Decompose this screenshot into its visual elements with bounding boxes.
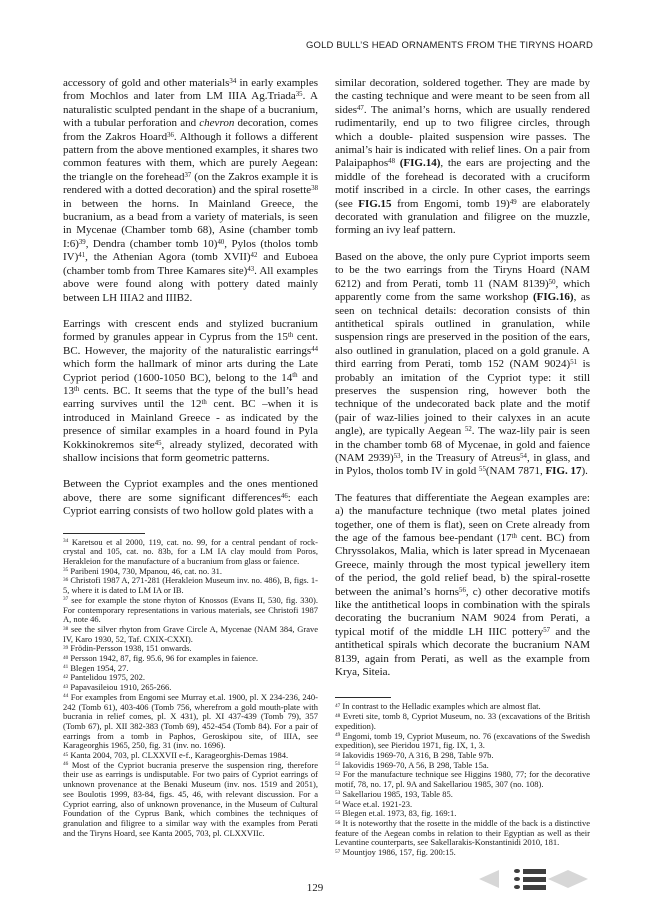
footnote: 48 Evreti site, tomb 8, Cypriot Museum, … bbox=[335, 712, 590, 731]
next-page-triangle-icon[interactable] bbox=[568, 870, 588, 888]
column-left: accessory of gold and other materials34 … bbox=[63, 77, 318, 858]
toc-dot-icon bbox=[514, 869, 520, 874]
toc-row bbox=[514, 877, 546, 882]
footnote: 36 Christofi 1987 A, 271-281 (Herakleion… bbox=[63, 576, 318, 595]
footnote: 37 see for example the stone rhyton of K… bbox=[63, 596, 318, 625]
footnote: 38 see the silver rhyton from Grave Circ… bbox=[63, 625, 318, 644]
footnote: 56 It is noteworthy that the rosette in … bbox=[335, 819, 590, 848]
toc-bar-icon bbox=[523, 877, 546, 882]
footnote: 49 Engomi, tomb 19, Cypriot Museum, no. … bbox=[335, 732, 590, 751]
paragraph: accessory of gold and other materials34 … bbox=[63, 77, 318, 305]
footnote: 46 Most of the Cypriot bucrania preserve… bbox=[63, 761, 318, 839]
toc-dot-icon bbox=[514, 885, 520, 890]
toc-row bbox=[514, 885, 546, 890]
footnote: 52 For the manufacture technique see Hig… bbox=[335, 770, 590, 789]
prev-page-triangle-icon[interactable] bbox=[548, 870, 568, 888]
paragraph: similar decoration, soldered together. T… bbox=[335, 77, 590, 238]
back-triangle-icon[interactable] bbox=[479, 870, 499, 888]
toc-row bbox=[514, 869, 546, 874]
text-columns: accessory of gold and other materials34 … bbox=[63, 77, 590, 858]
footnote-separator-right bbox=[335, 697, 391, 698]
running-head: GOLD BULL’S HEAD ORNAMENTS FROM THE TIRY… bbox=[306, 40, 593, 51]
footnote: 57 Mountjoy 1986, 157, fig. 200:15. bbox=[335, 848, 590, 858]
toc-dot-icon bbox=[514, 877, 520, 882]
column-left-body: accessory of gold and other materials34 … bbox=[63, 77, 318, 519]
column-right-footnotes: 47 In contrast to the Helladic examples … bbox=[335, 702, 590, 857]
footnote: 34 Karetsou et al 2000, 119, cat. no. 99… bbox=[63, 538, 318, 567]
toc-bar-icon bbox=[523, 869, 546, 874]
paragraph: Between the Cypriot examples and the one… bbox=[63, 478, 318, 518]
page-number: 129 bbox=[280, 882, 350, 894]
paper-page: GOLD BULL’S HEAD ORNAMENTS FROM THE TIRY… bbox=[0, 0, 650, 920]
toc-list-icon[interactable] bbox=[514, 869, 546, 890]
paragraph: Based on the above, the only pure Cyprio… bbox=[335, 251, 590, 479]
column-left-footnotes: 34 Karetsou et al 2000, 119, cat. no. 99… bbox=[63, 538, 318, 839]
column-right-body: similar decoration, soldered together. T… bbox=[335, 77, 590, 679]
paragraph: Earrings with crescent ends and stylized… bbox=[63, 318, 318, 465]
column-right: similar decoration, soldered together. T… bbox=[335, 77, 590, 858]
toc-bar-icon bbox=[523, 885, 546, 890]
footnote: 44 For examples from Engomi see Murray e… bbox=[63, 693, 318, 751]
reader-nav bbox=[479, 866, 588, 892]
footnote-separator-left bbox=[63, 533, 145, 534]
paragraph: The features that differentiate the Aege… bbox=[335, 492, 590, 680]
